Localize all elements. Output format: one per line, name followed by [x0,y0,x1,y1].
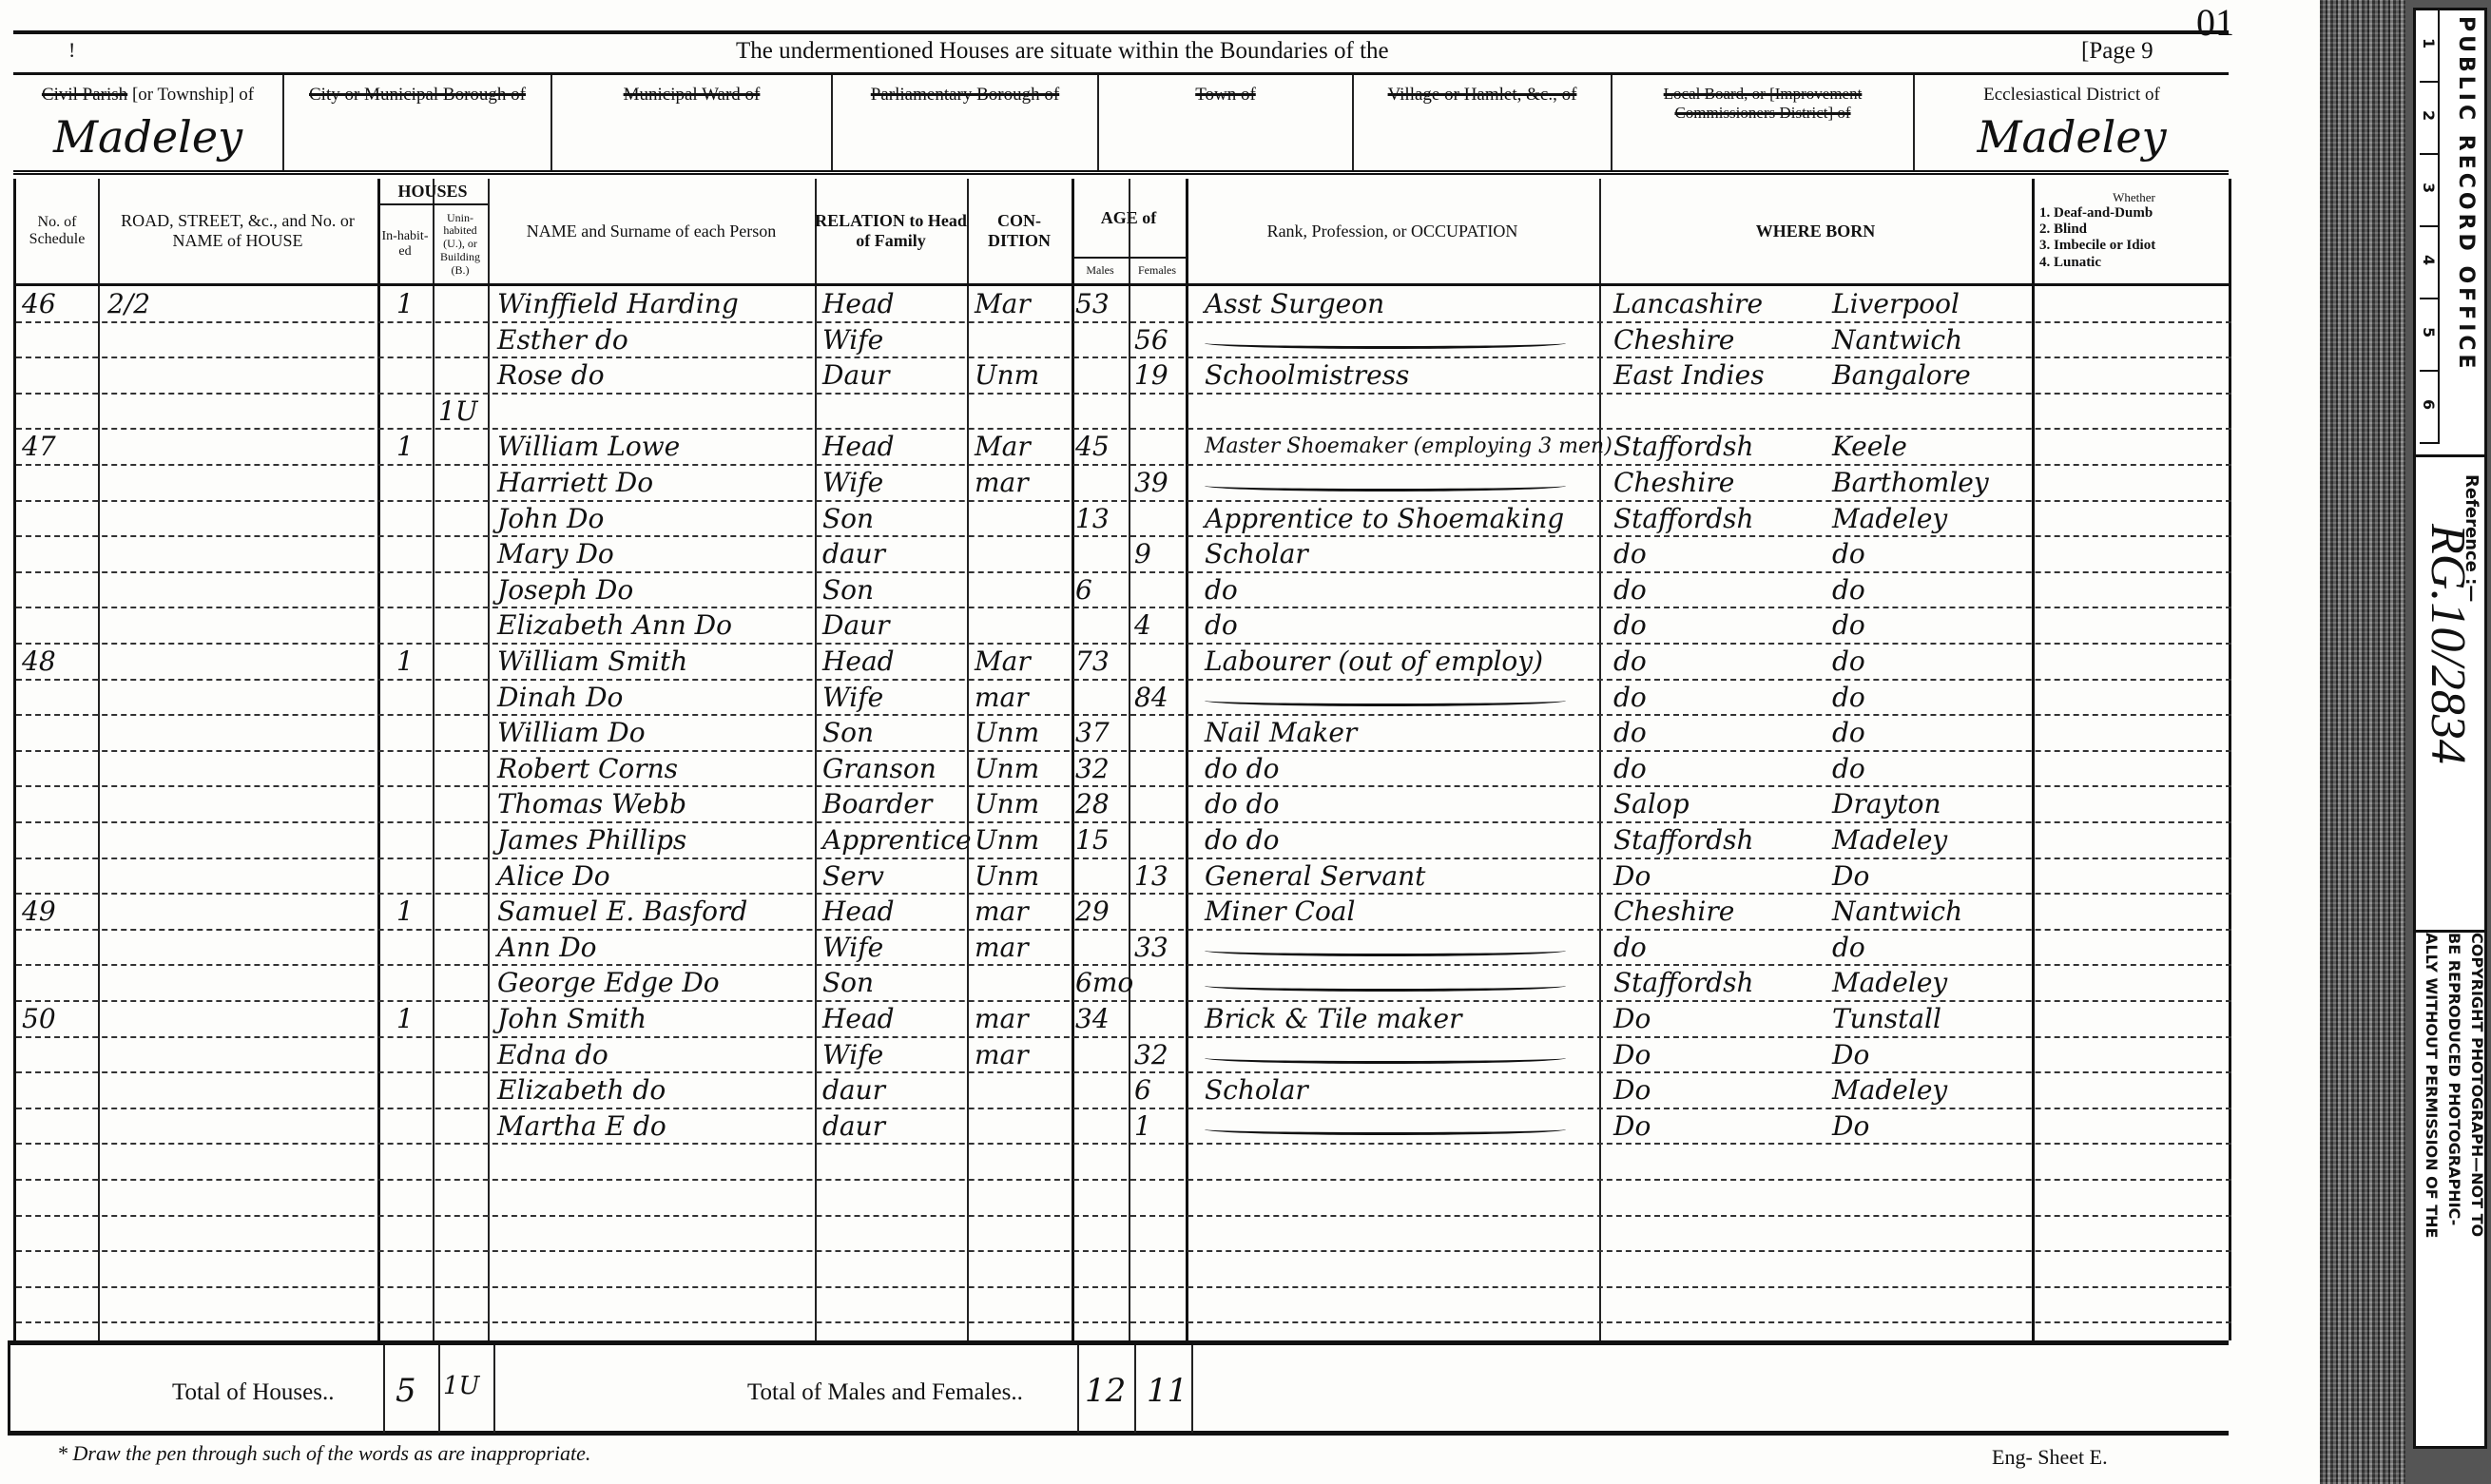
female-age-cell: 56 [1134,323,1186,358]
condition-cell: mar [975,895,1070,930]
uninhabited-cell [438,966,486,1001]
born-place-cell: Nantwich [1832,323,2027,358]
name-cell: John Do [497,502,811,537]
header-infirmity: Whether 1. Deaf-and-Dumb 2. Blind 3. Imb… [2032,179,2229,283]
title-row: ! The undermentioned Houses are situate … [13,30,2229,74]
name-cell: Ann Do [497,931,811,966]
condition-cell [975,537,1070,572]
occupation-cell: Scholar [1205,537,1594,572]
stamp-copyright: COPYRIGHT PHOTOGRAPH—NOT TO BE REPRODUCE… [2420,933,2488,1436]
name-cell: Elizabeth Ann Do [497,608,811,644]
uninhabited-cell [438,645,486,680]
inhabited-cell [396,1073,431,1108]
occupation-cell [1205,1109,1594,1145]
born-place-cell: Tunstall [1832,1002,2027,1037]
uninhabited-cell [438,859,486,895]
occupation-cell [1205,931,1594,966]
road-cell [107,716,374,751]
occupation-cell: Scholar [1205,1073,1594,1108]
condition-cell: Unm [975,787,1070,822]
born-county-cell: do [1613,681,1823,716]
condition-cell: Unm [975,752,1070,787]
name-cell: Esther do [497,323,811,358]
female-age-cell [1134,787,1186,822]
male-age-cell [1075,681,1129,716]
male-age-cell [1075,395,1129,430]
male-age-cell [1075,931,1129,966]
occupation-cell: Brick & Tile maker [1205,1002,1594,1037]
inhabited-cell [396,823,431,858]
occupation-cell: Master Shoemaker (employing 3 men) [1205,430,1594,465]
born-county-cell: Do [1613,1073,1823,1108]
district-row: Civil Parish [or Township] of Madeley Ci… [13,72,2229,175]
relation-cell: Apprentice [822,823,965,858]
born-place-cell [1832,395,2027,430]
civil-parish-value: Madeley [13,111,282,163]
relation-cell: Head [822,430,965,465]
schedule-cell: 48 [22,645,98,680]
inhabited-cell: 1 [396,1002,431,1037]
total-persons-label: Total of Males and Females.. [747,1379,1023,1406]
occupation-cell: Nail Maker [1205,716,1594,751]
uninhabited-cell: 1U [438,395,486,430]
female-age-cell: 9 [1134,537,1186,572]
schedule-cell [22,1109,98,1145]
relation-cell: Son [822,502,965,537]
female-age-cell [1134,395,1186,430]
occupation-cell: Schoolmistress [1205,358,1594,394]
stamp-office-name: PUBLIC RECORD OFFICE [2454,16,2478,373]
road-cell [107,1109,374,1145]
schedule-cell [22,358,98,394]
female-age-cell: 33 [1134,931,1186,966]
inhabited-cell [396,966,431,1001]
header-relation: RELATION to Head of Family [815,179,967,283]
header-uninhabited: Unin-habited (U.), or Building (B.) [433,205,488,283]
district-parliamentary-borough: Parliamentary Borough of [833,75,1099,170]
road-cell [107,537,374,572]
relation-cell: Wife [822,466,965,501]
name-cell: William Smith [497,645,811,680]
schedule-cell [22,966,98,1001]
occupation-cell: do [1205,573,1594,608]
name-cell: James Phillips [497,823,811,858]
born-place-cell: Liverpool [1832,287,2027,322]
born-county-cell [1613,395,1823,430]
born-county-cell: Do [1613,859,1823,895]
ecclesiastical-value: Madeley [1915,111,2229,163]
name-cell: Dinah Do [497,681,811,716]
header-age: AGE of [1072,179,1186,257]
header-houses: HOUSES [377,179,488,205]
born-place-cell: Keele [1832,430,2027,465]
male-age-cell: 29 [1075,895,1129,930]
road-cell [107,787,374,822]
female-age-cell: 13 [1134,859,1186,895]
uninhabited-cell [438,573,486,608]
district-village: Village or Hamlet, &c., of [1354,75,1612,170]
relation-cell: Son [822,966,965,1001]
born-county-cell: do [1613,716,1823,751]
uninhabited-cell [438,358,486,394]
born-county-cell: Do [1613,1109,1823,1145]
born-county-cell: do [1613,573,1823,608]
census-page: ! The undermentioned Houses are situate … [0,0,2320,1484]
occupation-cell [1205,323,1594,358]
schedule-cell [22,502,98,537]
road-cell [107,752,374,787]
condition-cell: Mar [975,287,1070,322]
stamp-reference-value: RG.10/2834 [2420,524,2476,764]
relation-cell: daur [822,1073,965,1108]
male-age-cell: 34 [1075,1002,1129,1037]
road-cell [107,1073,374,1108]
road-cell: 2/2 [107,287,374,322]
male-age-cell: 73 [1075,645,1129,680]
female-age-cell: 6 [1134,1073,1186,1108]
occupation-cell [1205,1038,1594,1073]
inhabited-cell [396,1038,431,1073]
inhabited-cell [396,395,431,430]
condition-cell [975,502,1070,537]
page-number: [Page 9 [2081,38,2153,65]
male-age-cell [1075,323,1129,358]
header-where-born: WHERE BORN [1599,179,2032,283]
uninhabited-cell [438,502,486,537]
born-county-cell: Cheshire [1613,895,1823,930]
condition-cell [975,608,1070,644]
schedule-cell [22,859,98,895]
district-civil-parish: Civil Parish [or Township] of Madeley [13,75,284,170]
condition-cell: mar [975,681,1070,716]
uninhabited-cell [438,752,486,787]
header-condition: CON-DITION [967,179,1072,283]
occupation-cell: do do [1205,752,1594,787]
male-age-cell: 45 [1075,430,1129,465]
district-local-board: Local Board, or [Improvement Commissione… [1612,75,1915,170]
relation-cell: Daur [822,358,965,394]
header-inhabited: In-habit-ed [377,205,433,283]
relation-cell: Wife [822,323,965,358]
name-cell: Mary Do [497,537,811,572]
female-age-cell: 19 [1134,358,1186,394]
schedule-cell: 49 [22,895,98,930]
total-males: 12 [1085,1372,1126,1410]
name-cell: Alice Do [497,859,811,895]
occupation-cell: General Servant [1205,859,1594,895]
occupation-cell: Miner Coal [1205,895,1594,930]
born-place-cell: Do [1832,859,2027,895]
road-cell [107,430,374,465]
male-age-cell: 37 [1075,716,1129,751]
header-occupation: Rank, Profession, or OCCUPATION [1186,179,1599,283]
condition-cell: mar [975,931,1070,966]
name-cell: Samuel E. Basford [497,895,811,930]
name-cell: William Lowe [497,430,811,465]
condition-cell: Unm [975,823,1070,858]
inhabited-cell [396,466,431,501]
uninhabited-cell [438,1109,486,1145]
occupation-cell [1205,395,1594,430]
born-place-cell: do [1832,681,2027,716]
district-municipal-borough: City or Municipal Borough of [284,75,552,170]
female-age-cell: 39 [1134,466,1186,501]
uninhabited-cell [438,931,486,966]
header-females: Females [1129,257,1186,283]
relation-cell: Head [822,287,965,322]
female-age-cell [1134,716,1186,751]
born-county-cell: East Indies [1613,358,1823,394]
condition-cell: Unm [975,716,1070,751]
female-age-cell [1134,752,1186,787]
name-cell [497,395,811,430]
total-houses-uninhabited: 1U [443,1372,479,1400]
name-cell: Elizabeth do [497,1073,811,1108]
born-county-cell: Cheshire [1613,323,1823,358]
born-place-cell: Do [1832,1038,2027,1073]
occupation-cell [1205,466,1594,501]
born-county-cell: do [1613,608,1823,644]
road-cell [107,573,374,608]
relation-cell: daur [822,1109,965,1145]
uninhabited-cell [438,466,486,501]
female-age-cell: 1 [1134,1109,1186,1145]
born-place-cell: do [1832,752,2027,787]
road-cell [107,502,374,537]
born-county-cell: Salop [1613,787,1823,822]
relation-cell: Serv [822,859,965,895]
relation-cell: Granson [822,752,965,787]
uninhabited-cell [438,1038,486,1073]
female-age-cell [1134,966,1186,1001]
male-age-cell [1075,1109,1129,1145]
census-table: No. of Schedule ROAD, STREET, &c., and N… [13,179,2229,1340]
schedule-cell [22,537,98,572]
road-cell [107,966,374,1001]
road-cell [107,608,374,644]
born-place-cell: Nantwich [1832,895,2027,930]
schedule-cell [22,1038,98,1073]
inhabited-cell [396,573,431,608]
inhabited-cell [396,859,431,895]
uninhabited-cell [438,787,486,822]
male-age-cell: 13 [1075,502,1129,537]
born-county-cell: Lancashire [1613,287,1823,322]
schedule-cell [22,323,98,358]
female-age-cell: 32 [1134,1038,1186,1073]
road-cell [107,395,374,430]
schedule-cell [22,931,98,966]
male-age-cell: 53 [1075,287,1129,322]
born-county-cell: Staffordsh [1613,966,1823,1001]
born-county-cell: do [1613,931,1823,966]
male-age-cell: 32 [1075,752,1129,787]
born-place-cell: do [1832,537,2027,572]
born-county-cell: Staffordsh [1613,430,1823,465]
inhabited-cell [396,502,431,537]
inhabited-cell [396,716,431,751]
condition-cell: Unm [975,358,1070,394]
footnote: * Draw the pen through such of the words… [57,1441,590,1466]
male-age-cell: 6 [1075,573,1129,608]
name-cell: Winffield Harding [497,287,811,322]
born-place-cell: Do [1832,1109,2027,1145]
record-office-stamp: 1 2 3 4 5 6 PUBLIC RECORD OFFICE Referen… [2413,8,2487,1449]
uninhabited-cell [438,895,486,930]
condition-cell [975,573,1070,608]
name-cell: William Do [497,716,811,751]
condition-cell: mar [975,1038,1070,1073]
born-county-cell: Staffordsh [1613,823,1823,858]
occupation-cell: Labourer (out of employ) [1205,645,1594,680]
condition-cell: mar [975,1002,1070,1037]
header-males: Males [1072,257,1129,283]
uninhabited-cell [438,716,486,751]
road-cell [107,323,374,358]
relation-cell: Head [822,1002,965,1037]
total-houses-label: Total of Houses.. [172,1379,334,1406]
relation-cell: Daur [822,608,965,644]
road-cell [107,823,374,858]
born-county-cell: Staffordsh [1613,502,1823,537]
born-county-cell: do [1613,645,1823,680]
name-cell: Rose do [497,358,811,394]
inhabited-cell [396,608,431,644]
female-age-cell: 4 [1134,608,1186,644]
male-age-cell [1075,1073,1129,1108]
born-place-cell: do [1832,931,2027,966]
uninhabited-cell [438,681,486,716]
inhabited-cell: 1 [396,645,431,680]
occupation-cell: do do [1205,823,1594,858]
name-cell: Robert Corns [497,752,811,787]
uninhabited-cell [438,823,486,858]
total-houses-inhabited: 5 [396,1372,416,1410]
female-age-cell [1134,895,1186,930]
schedule-cell [22,681,98,716]
side-mark: 01 [2196,0,2234,45]
male-age-cell [1075,466,1129,501]
schedule-cell: 47 [22,430,98,465]
occupation-cell: do [1205,608,1594,644]
header-road: ROAD, STREET, &c., and No. or NAME of HO… [98,179,377,283]
schedule-cell: 50 [22,1002,98,1037]
schedule-cell [22,823,98,858]
page-title: The undermentioned Houses are situate wi… [736,38,1389,65]
inhabited-cell [396,323,431,358]
relation-cell: daur [822,537,965,572]
schedule-cell [22,752,98,787]
born-place-cell: Madeley [1832,502,2027,537]
condition-cell: Mar [975,430,1070,465]
road-cell [107,466,374,501]
born-county-cell: Cheshire [1613,466,1823,501]
road-cell [107,895,374,930]
born-county-cell: do [1613,752,1823,787]
header-name: NAME and Surname of each Person [488,179,815,283]
relation-cell: Son [822,573,965,608]
name-cell: Joseph Do [497,573,811,608]
road-cell [107,358,374,394]
relation-cell: Wife [822,931,965,966]
schedule-cell: 46 [22,287,98,322]
male-age-cell [1075,608,1129,644]
inhabited-cell [396,787,431,822]
occupation-cell: Apprentice to Shoemaking [1205,502,1594,537]
born-place-cell: do [1832,645,2027,680]
male-age-cell: 15 [1075,823,1129,858]
inhabited-cell: 1 [396,287,431,322]
inhabited-cell [396,681,431,716]
road-cell [107,681,374,716]
uninhabited-cell [438,287,486,322]
road-cell [107,859,374,895]
road-cell [107,1002,374,1037]
page-binding [2320,0,2405,1484]
relation-cell: Head [822,895,965,930]
relation-cell: Boarder [822,787,965,822]
born-county-cell: Do [1613,1002,1823,1037]
district-ecclesiastical: Ecclesiastical District of Madeley [1915,75,2229,170]
uninhabited-cell [438,1002,486,1037]
female-age-cell [1134,573,1186,608]
female-age-cell [1134,645,1186,680]
male-age-cell [1075,859,1129,895]
condition-cell [975,323,1070,358]
male-age-cell: 6mo [1075,966,1129,1001]
born-place-cell: Madeley [1832,823,2027,858]
relation-cell: Son [822,716,965,751]
occupation-cell [1205,681,1594,716]
condition-cell: Unm [975,859,1070,895]
inhabited-cell: 1 [396,430,431,465]
name-cell: Martha E do [497,1109,811,1145]
born-place-cell: Madeley [1832,966,2027,1001]
born-place-cell: do [1832,573,2027,608]
born-place-cell: Bangalore [1832,358,2027,394]
header-schedule: No. of Schedule [16,179,98,283]
occupation-cell: do do [1205,787,1594,822]
inhabited-cell [396,1109,431,1145]
road-cell [107,1038,374,1073]
road-cell [107,931,374,966]
uninhabited-cell [438,1073,486,1108]
schedule-cell [22,1073,98,1108]
condition-cell [975,395,1070,430]
female-age-cell [1134,502,1186,537]
born-place-cell: Drayton [1832,787,2027,822]
relation-cell: Wife [822,681,965,716]
inhabited-cell [396,752,431,787]
condition-cell [975,1109,1070,1145]
sheet-label: Eng- Sheet E. [1992,1445,2108,1470]
relation-cell [822,395,965,430]
born-place-cell: do [1832,608,2027,644]
totals-row: Total of Houses.. 5 1U Total of Males an… [8,1340,2229,1436]
born-county-cell: do [1613,537,1823,572]
schedule-cell [22,608,98,644]
male-age-cell: 28 [1075,787,1129,822]
female-age-cell [1134,823,1186,858]
uninhabited-cell [438,537,486,572]
name-cell: Thomas Webb [497,787,811,822]
born-place-cell: Madeley [1832,1073,2027,1108]
male-age-cell [1075,537,1129,572]
born-county-cell: Do [1613,1038,1823,1073]
name-cell: John Smith [497,1002,811,1037]
name-cell: George Edge Do [497,966,811,1001]
female-age-cell [1134,430,1186,465]
